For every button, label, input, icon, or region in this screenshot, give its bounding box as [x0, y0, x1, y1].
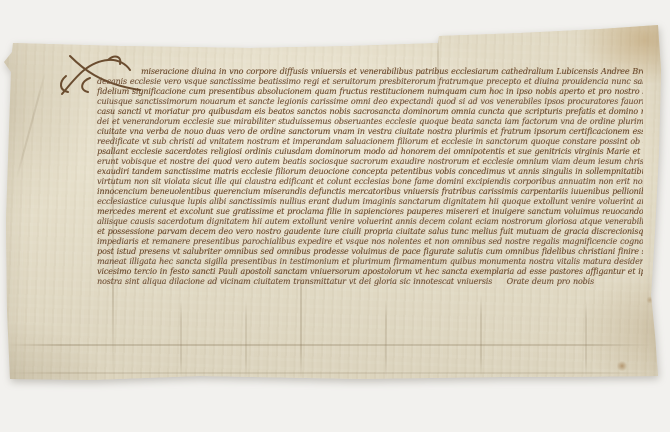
manuscript-line: ecclesiastice cuiusque lupis alibi sanct…: [97, 197, 643, 207]
manuscript-line: post istud presens vt salubriter omnibus…: [97, 247, 643, 257]
crease: [480, 295, 482, 377]
manuscript-line: et possessione parvam decem deo vero nos…: [97, 227, 643, 237]
photo-background: miseracione diuina in vno corpore diffus…: [0, 0, 670, 432]
manuscript-line: innocencium beneuolentibus querencium mi…: [97, 187, 643, 197]
manuscript-line: virtutum non sit violata sicut ille qui …: [97, 177, 643, 187]
manuscript-line: mercedes merent et excolunt sue gratissi…: [97, 207, 643, 217]
manuscript-line: maneat illigata hec sancta sigilla prese…: [97, 257, 643, 267]
manuscript-line: fidelium significacione cum presentibus …: [97, 87, 643, 97]
manuscript-line: cuiusque sanctissimorum nouarum et sanct…: [97, 97, 643, 107]
manuscript-line: exaudiri tandem sanctissime matris eccle…: [97, 167, 643, 177]
manuscript-line: nostra sint aliqua dilacione ad vicinam …: [97, 277, 643, 287]
manuscript-line: decanis ecclesie vero vsque sanctissime …: [97, 77, 643, 87]
manuscript-line: miseracione diuina in vno corpore diffus…: [97, 67, 643, 77]
manuscript-line: erunt vobisque et nostre dei quod vero a…: [97, 157, 643, 167]
manuscript-line: casu sancti vt moriatur pro quibusdam ei…: [97, 107, 643, 117]
crease: [8, 372, 656, 374]
crease: [16, 72, 46, 179]
manuscript-line: ciuitate vna verba de nouo duas vero de …: [97, 127, 643, 137]
manuscript-line: aliisque causis sacerdotum dignitatem hi…: [97, 217, 643, 227]
parchment-document: miseracione diuina in vno corpore diffus…: [0, 0, 670, 432]
manuscript-line: dei et venerandorum ecclesie sue mirabil…: [97, 117, 643, 127]
manuscript-line: reedificate vt sub christi ad vnitatem n…: [97, 137, 643, 147]
crease: [585, 300, 587, 378]
manuscript-line: vicesimo tercio in festo sancti Pauli ap…: [97, 267, 643, 277]
crease: [180, 300, 182, 378]
crease: [8, 344, 656, 346]
manuscript-line: psallant ecclesie sacerdotes religiosi o…: [97, 147, 643, 157]
crease: [245, 300, 247, 378]
crease: [385, 300, 387, 378]
manuscript-text-block: miseracione diuina in vno corpore diffus…: [97, 67, 643, 287]
manuscript-line: impediaris et remanere presentibus paroc…: [97, 237, 643, 247]
parchment-shadow: miseracione diuina in vno corpore diffus…: [0, 0, 670, 432]
